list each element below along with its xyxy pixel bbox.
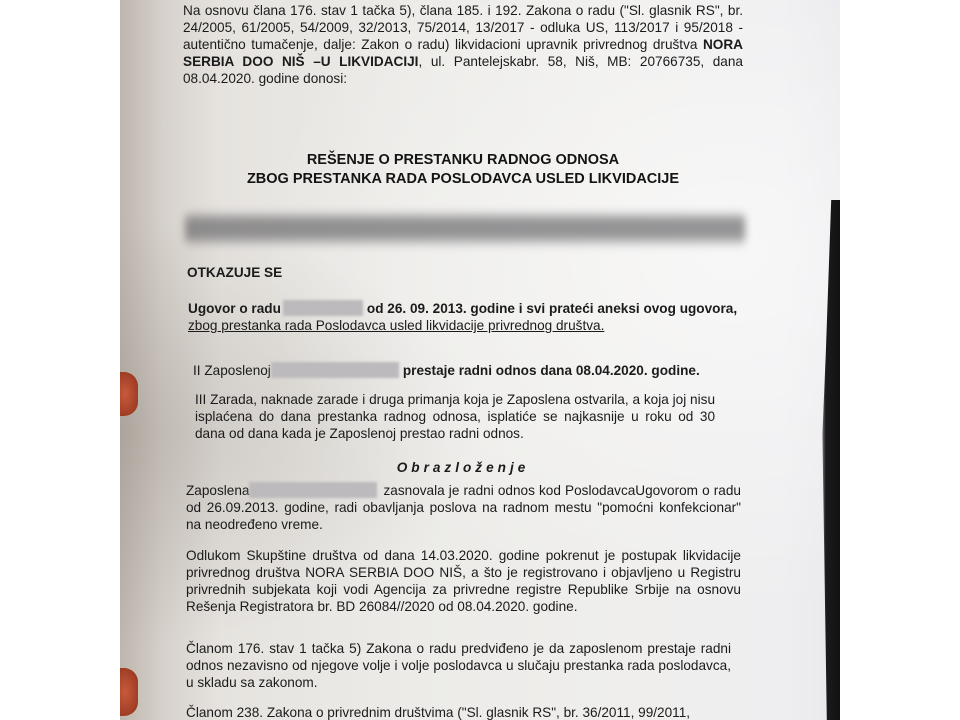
title-line-2: ZBOG PRESTANKA RADA POSLODAVCA USLED LIK… — [183, 170, 743, 189]
decision-item-3: III Zarada, naknade zarade i druga prima… — [195, 391, 715, 442]
finger — [120, 668, 138, 716]
reasoning-paragraph-3: Članom 176. stav 1 tačka 5) Zakona o rad… — [186, 640, 731, 691]
redacted-text — [271, 362, 399, 378]
item2-suffix: prestaje radni odnos dana 08.04.2020. go… — [403, 363, 700, 378]
decision-item-2: II Zaposlenojprestaje radni odnos dana 0… — [193, 362, 753, 379]
decision-item-1: Ugovor o raduod 26. 09. 2013. godine i s… — [188, 300, 748, 334]
reasoning-paragraph-4: Članom 238. Zakona o privrednim društvim… — [186, 704, 746, 720]
redacted-text — [249, 482, 377, 498]
intro-text: Na osnovu člana 176. stav 1 tačka 5), čl… — [183, 3, 743, 52]
reasoning-paragraph-1: Zaposlenazasnovala je radni odnos kod Po… — [186, 482, 741, 533]
reasoning-paragraph-2: Odlukom Skupštine društva od dana 14.03.… — [186, 547, 741, 615]
intro-paragraph: Na osnovu člana 176. stav 1 tačka 5), čl… — [183, 2, 743, 87]
redacted-text — [283, 300, 363, 316]
document-title: REŠENJE O PRESTANKU RADNOG ODNOSA ZBOG P… — [183, 151, 743, 189]
item2-prefix: II Zaposlenoj — [193, 363, 271, 378]
item1-prefix: Ugovor o radu — [188, 301, 281, 316]
item1-suffix: od 26. 09. 2013. godine i svi prateći an… — [367, 301, 737, 316]
reasoning-heading: Obrazloženje — [183, 459, 743, 476]
finger — [120, 372, 138, 416]
item1-underlined: zbog prestanka rada Poslodavca usled lik… — [188, 317, 748, 334]
reasoning-p1-prefix: Zaposlena — [186, 483, 249, 498]
decision-heading: OTKAZUJE SE — [187, 264, 282, 281]
redacted-block — [185, 210, 745, 248]
title-line-1: REŠENJE O PRESTANKU RADNOG ODNOSA — [183, 151, 743, 170]
